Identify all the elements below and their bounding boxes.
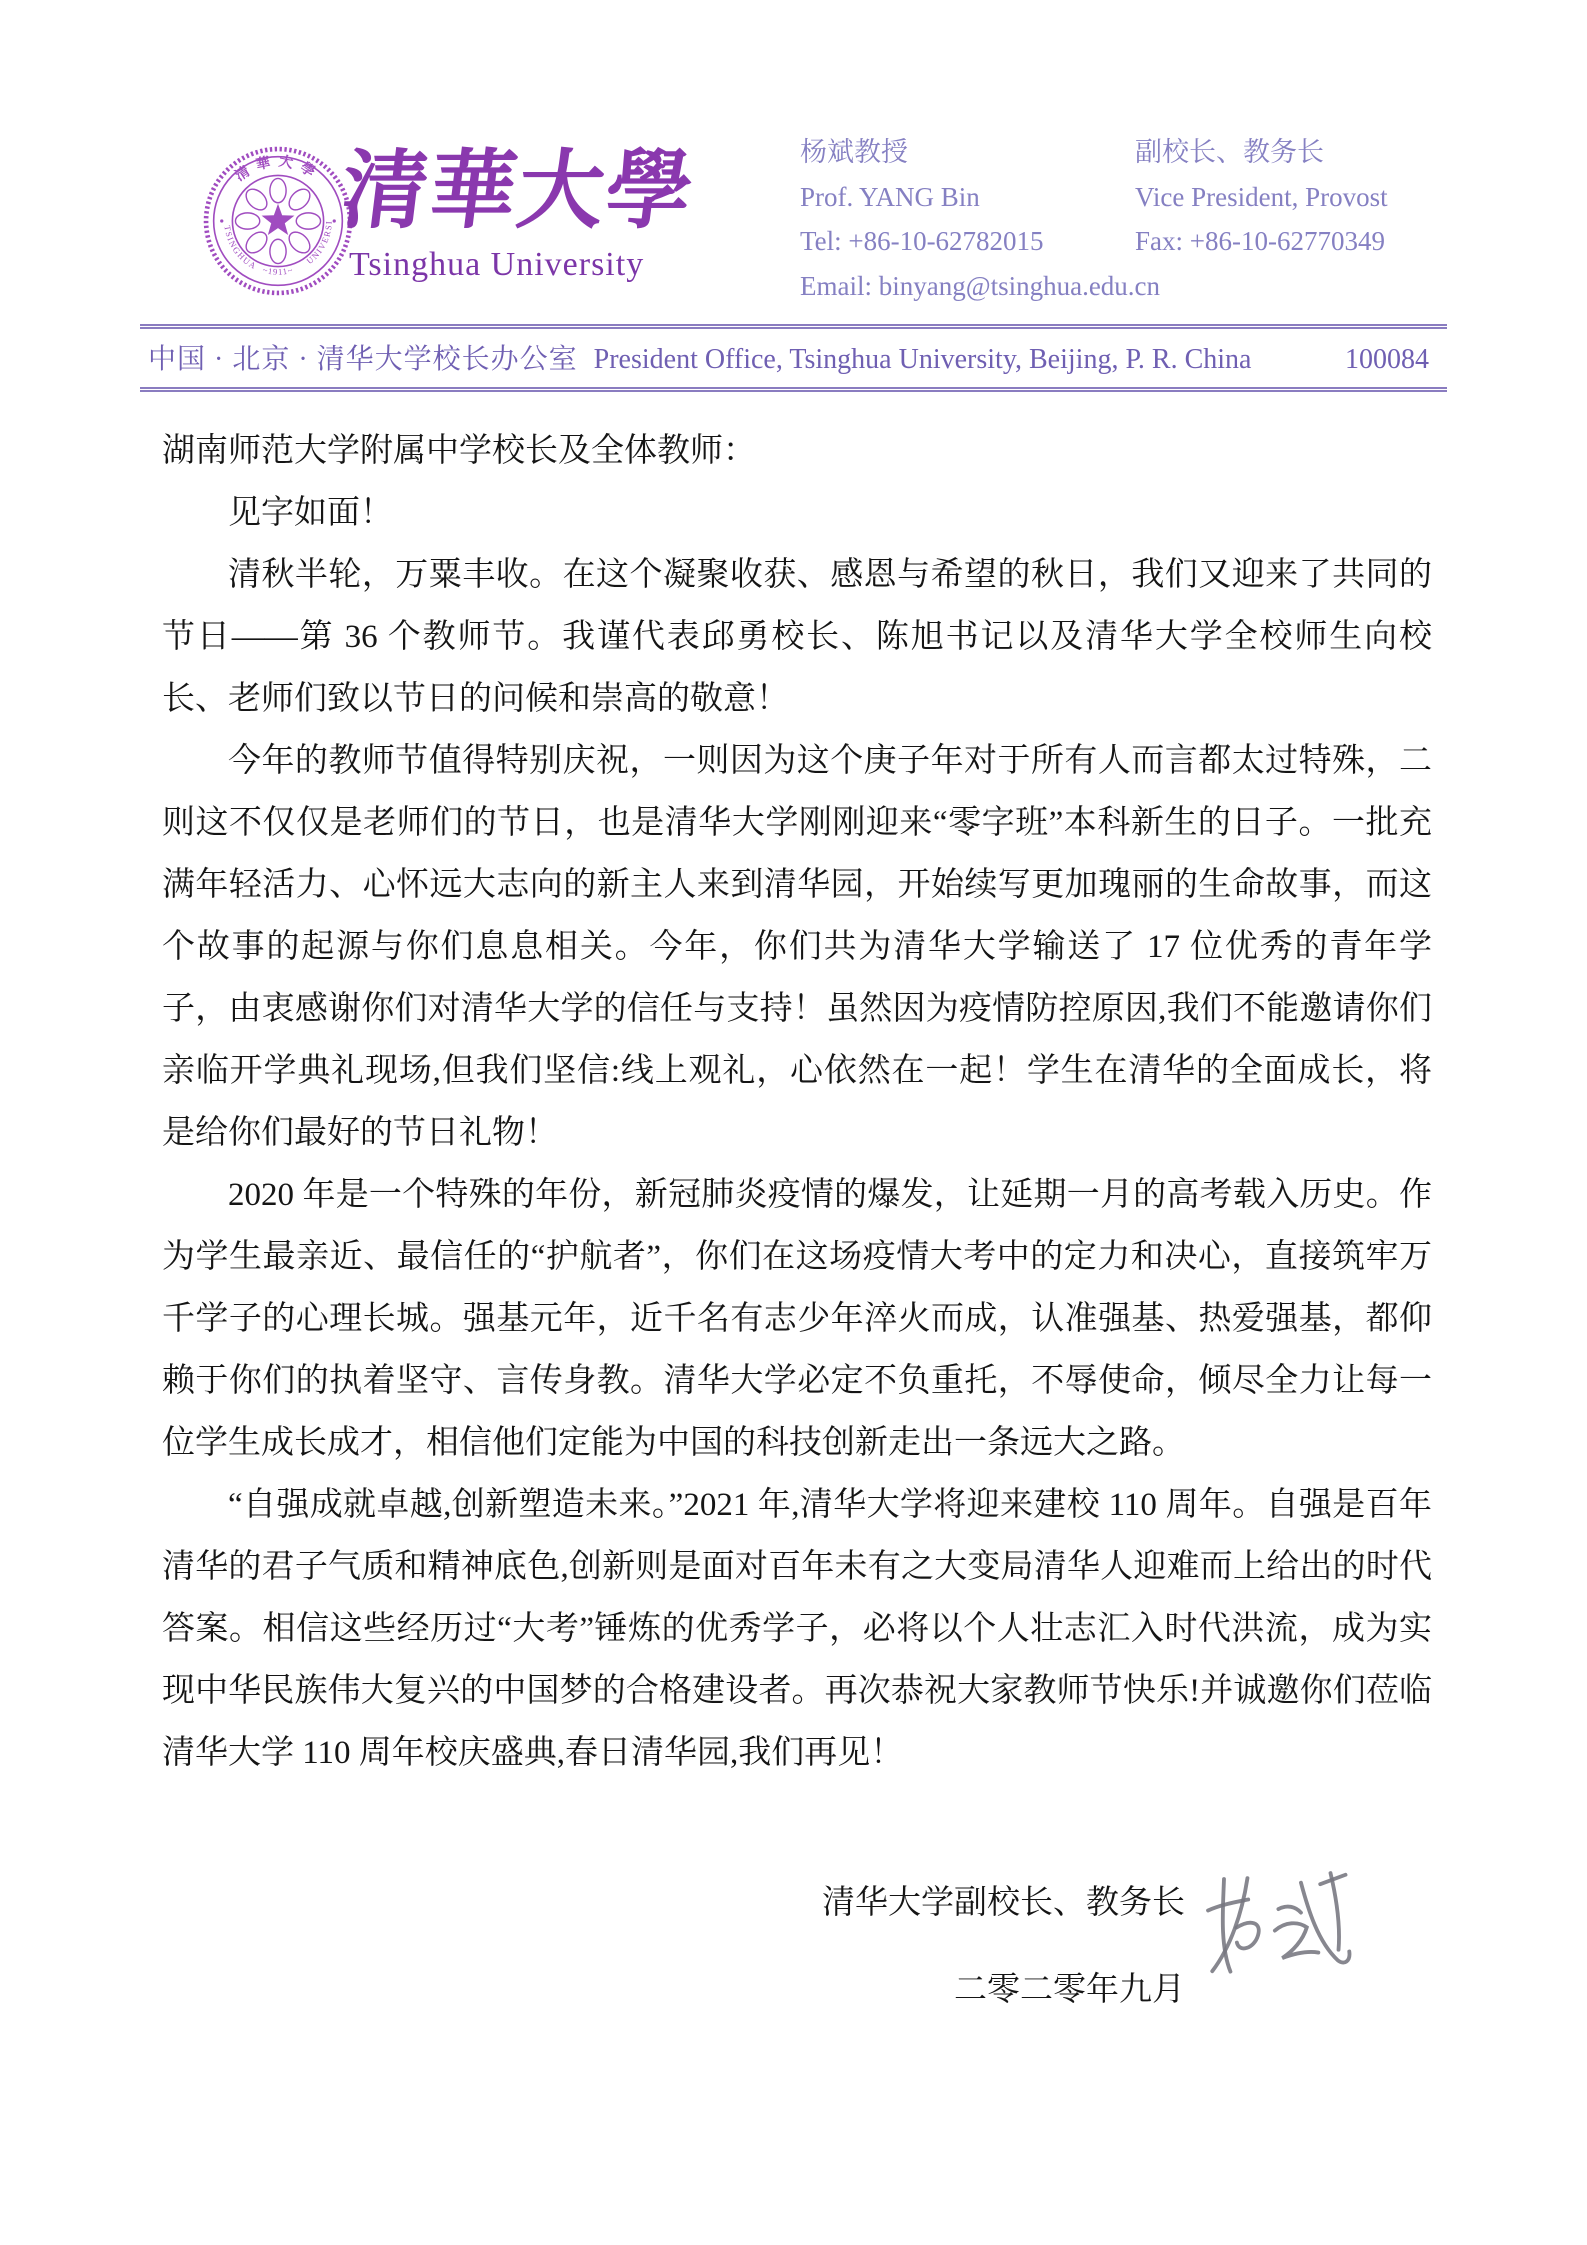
address-bar: 中国 · 北京 · 清华大学校长办公室 President Office, Ts… (140, 324, 1447, 392)
paragraph-2: 清秋半轮，万粟丰收。在这个凝聚收获、感恩与希望的秋日，我们又迎来了共同的节日——… (162, 544, 1432, 730)
contact-tel: Tel: +86-10-62782015 (800, 219, 1135, 264)
university-name-calligraphy: 清華大學 (335, 136, 701, 246)
signoff-date: 二零二零年九月 (822, 1963, 1185, 2010)
letter-page: 清華大學 TSINGHUA ~1911~ UNIVERSITY 清華大學 Tsi… (0, 0, 1587, 2245)
salutation: 湖南师范大学附属中学校长及全体教师： (162, 420, 1432, 482)
contact-title-en: Vice President, Provost (1135, 175, 1460, 220)
signoff-title: 清华大学副校长、教务长 (822, 1876, 1185, 1923)
seal-star-icon (262, 204, 295, 235)
paragraph-1: 见字如面！ (162, 482, 1432, 544)
handwritten-signature-yangbin (1198, 1853, 1363, 1995)
paragraph-4: 2020 年是一个特殊的年份，新冠肺炎疫情的爆发，让延期一月的高考载入历史。作为… (162, 1164, 1432, 1474)
contact-title-cn: 副校长、教务长 (1135, 130, 1460, 175)
contact-name-en: Prof. YANG Bin (800, 175, 1135, 220)
seal-dot-left (220, 219, 223, 222)
university-name-english: Tsinghua University (349, 246, 644, 284)
contact-empty (1135, 264, 1460, 309)
contact-fax: Fax: +86-10-62770349 (1135, 219, 1460, 264)
tsinghua-seal-logo: 清華大學 TSINGHUA ~1911~ UNIVERSITY (202, 145, 354, 297)
seal-en-left-text: TSINGHUA (222, 225, 258, 272)
paragraph-5: “自强成就卓越,创新塑造未来。”2021 年,清华大学将迎来建校 110 周年。… (162, 1474, 1432, 1784)
letter-body: 湖南师范大学附属中学校长及全体教师： 见字如面！ 清秋半轮，万粟丰收。在这个凝聚… (162, 420, 1432, 1784)
address-chinese: 中国 · 北京 · 清华大学校长办公室 (148, 337, 578, 377)
contact-name-cn: 杨斌教授 (800, 130, 1135, 175)
address-postcode: 100084 (1345, 344, 1429, 376)
paragraph-3: 今年的教师节值得特别庆祝，一则因为这个庚子年对于所有人而言都太过特殊，二则这不仅… (162, 730, 1432, 1164)
signoff-block: 清华大学副校长、教务长 二零二零年九月 (822, 1876, 1185, 2010)
contact-block: 杨斌教授 副校长、教务长 Prof. YANG Bin Vice Preside… (800, 130, 1460, 308)
address-english: President Office, Tsinghua University, B… (594, 344, 1252, 376)
contact-email: Email: binyang@tsinghua.edu.cn (800, 264, 1135, 309)
